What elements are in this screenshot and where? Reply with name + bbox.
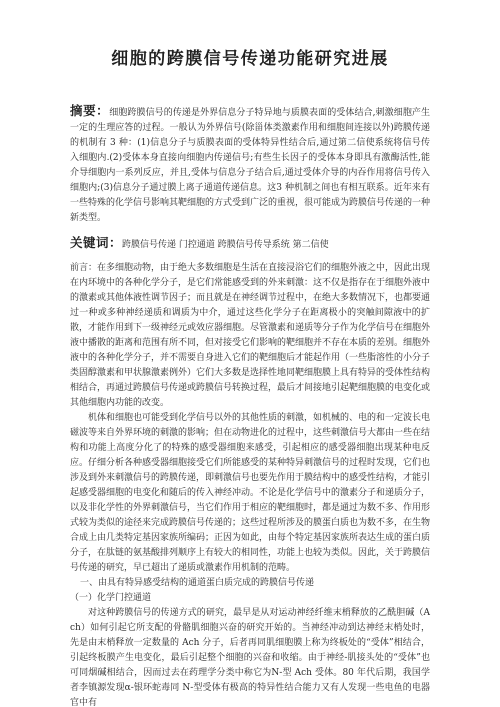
- keywords-label: 关键词：: [70, 235, 122, 250]
- section-heading: 一、由具有特异感受结构的通道蛋白质完成的跨膜信号传递: [70, 576, 430, 591]
- body-paragraph-3: 对这种跨膜信号的传递方式的研究，最早是从对运动神经纤维末梢释放的乙酰胆碱（Ach…: [70, 606, 430, 707]
- abstract-text: 细胞跨膜信号的传递是外界信息分子特异地与质膜表面的受体结合,刺激细胞产生一定的生…: [70, 108, 430, 223]
- body-paragraph-2: 机体和细胞也可能受到化学信号以外的其他性质的刺激，如机械的、电的和一定波长电磁波…: [70, 411, 430, 576]
- subsection-heading: （一）化学门控通道: [70, 591, 430, 606]
- abstract-label: 摘要：: [70, 103, 109, 118]
- keywords-text: 跨膜信号传递 门控通道 跨膜信号传导系统 第二信使: [122, 240, 329, 250]
- paper-title: 细胞的跨膜信号传递功能研究进展: [70, 44, 430, 69]
- abstract-paragraph: 摘要：细胞跨膜信号的传递是外界信息分子特异地与质膜表面的受体结合,刺激细胞产生一…: [70, 103, 430, 226]
- keywords-line: 关键词：跨膜信号传递 门控通道 跨膜信号传导系统 第二信使: [70, 235, 430, 253]
- intro-paragraph: 前言：在多细胞动物，由于绝大多数细胞是生活在直接浸浴它们的细胞外液之中，因此出现…: [70, 261, 430, 411]
- document-page: 细胞的跨膜信号传递功能研究进展 摘要：细胞跨膜信号的传递是外界信息分子特异地与质…: [0, 0, 500, 707]
